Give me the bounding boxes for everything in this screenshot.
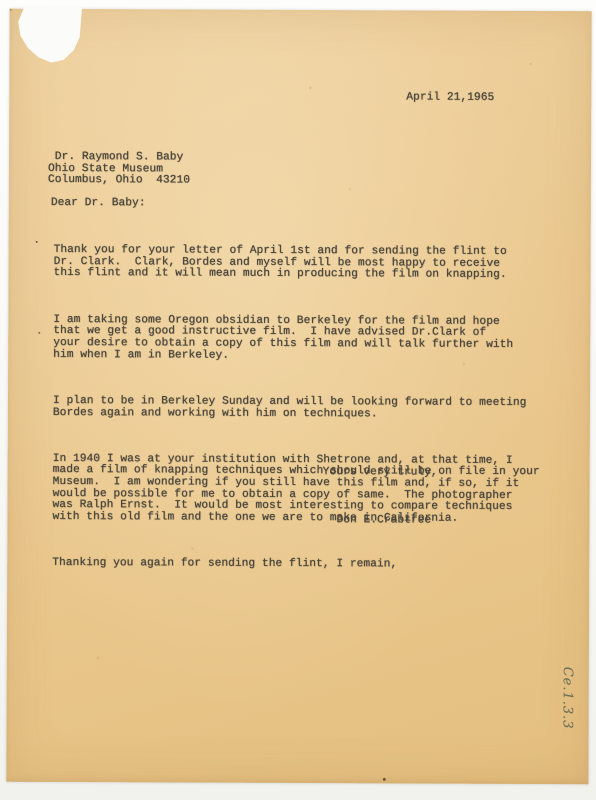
salutation: Dear Dr. Baby: (51, 198, 146, 210)
signature-name: Don E.Crabtree (336, 515, 431, 527)
body-paragraph-1: Thank you for your letter of April 1st a… (54, 245, 559, 282)
body-paragraph-5: Thanking you again for sending the flint… (52, 558, 557, 572)
body-paragraph-4: In 1940 I was at your institution with S… (52, 454, 557, 526)
torn-corner (13, 7, 89, 65)
letter-body: Thank you for your letter of April 1st a… (52, 222, 559, 607)
closing-line: Yours very truly, (323, 467, 438, 479)
letter-date: April 21,1965 (406, 92, 494, 104)
body-paragraph-2: I am taking some Oregon obsidian to Berk… (53, 315, 558, 364)
body-paragraph-3: I plan to be in Berkeley Sunday and will… (53, 396, 558, 421)
scanned-letter-page: April 21,1965 Dr. Raymond S. Baby Ohio S… (0, 0, 596, 800)
letter-paper: April 21,1965 Dr. Raymond S. Baby Ohio S… (6, 9, 591, 785)
recipient-address: Dr. Raymond S. Baby Ohio State Museum Co… (48, 152, 190, 187)
handwritten-archival-code: Ce.1.3.3 (559, 663, 575, 733)
